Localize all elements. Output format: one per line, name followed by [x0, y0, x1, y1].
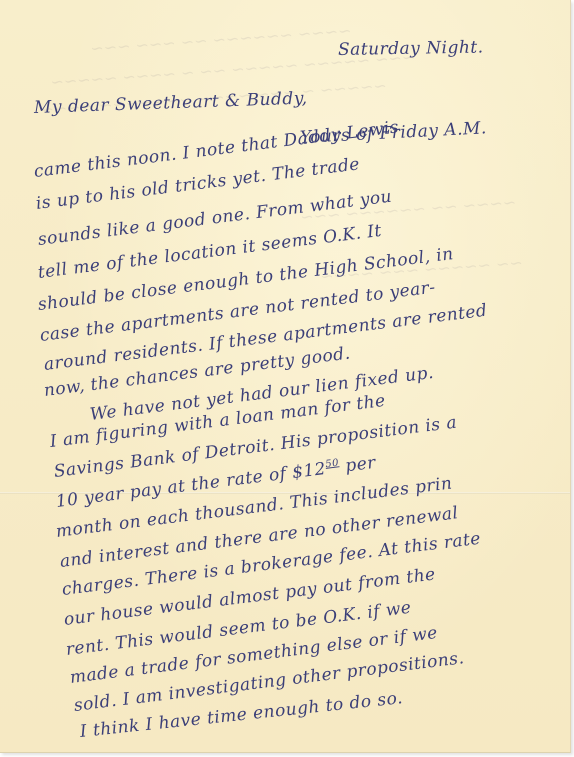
letter-dateline: Saturday Night.	[338, 37, 484, 60]
rate-cents: 50	[325, 458, 340, 471]
rate-suffix: per	[344, 453, 377, 477]
letter-salutation: My dear Sweetheart & Buddy,	[34, 88, 308, 118]
letter-page: ~~~~ ~~~~~~ ~~ ~~~ ~~~ ~~~ ~~~~~ ~~~~~ ~…	[0, 0, 571, 753]
bleed-through-text: ~~~~ ~~~~~~ ~~ ~~~ ~~~	[90, 21, 352, 58]
rate-amount: $12	[291, 459, 327, 483]
